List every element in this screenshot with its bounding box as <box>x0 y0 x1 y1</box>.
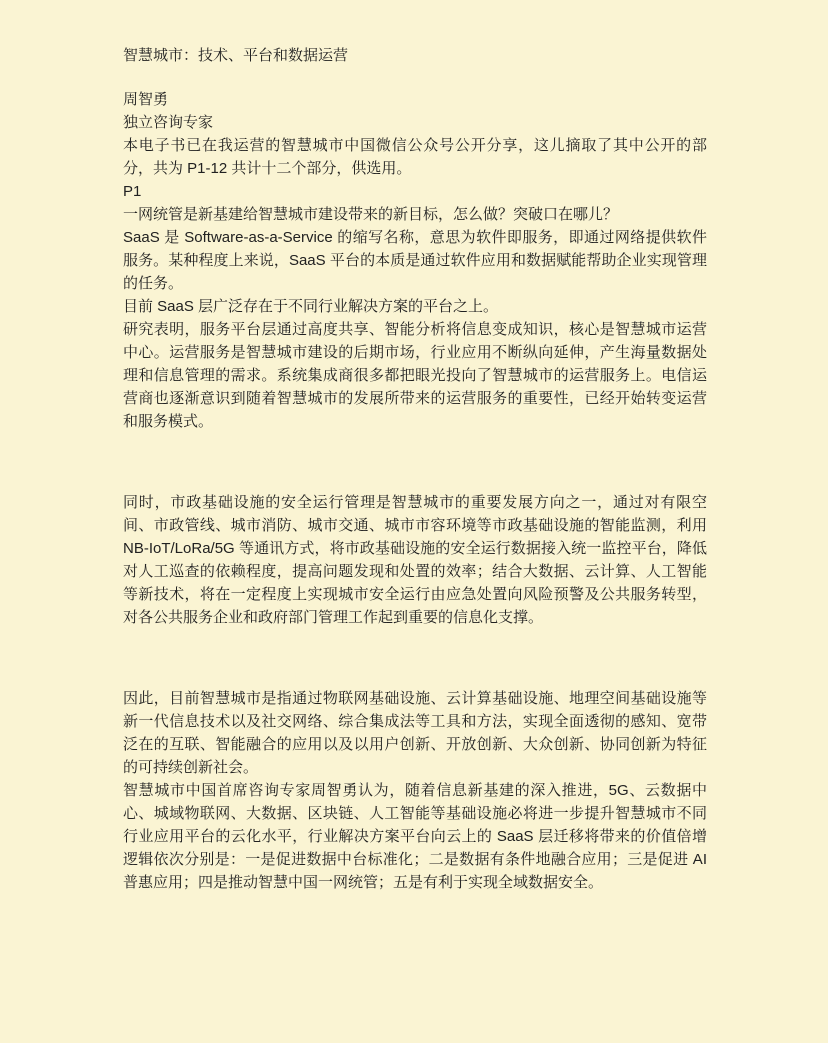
author-name: 周智勇 <box>123 88 707 111</box>
section-label: P1 <box>123 180 707 203</box>
paragraph-question: 一网统管是新基建给智慧城市建设带来的新目标，怎么做？突破口在哪儿？ <box>123 203 707 226</box>
author-block: 周智勇 独立咨询专家 <box>123 88 707 134</box>
paragraph-saas-layer: 目前 SaaS 层广泛存在于不同行业解决方案的平台之上。 <box>123 295 707 318</box>
page-background: { "page": { "background_color": "#FAF4D3… <box>0 0 828 1043</box>
document-page: 智慧城市：技术、平台和数据运营 周智勇 独立咨询专家 本电子书已在我运营的智慧城… <box>0 0 828 1043</box>
paragraph-municipal-infrastructure: 同时，市政基础设施的安全运行管理是智慧城市的重要发展方向之一，通过对有限空间、市… <box>123 491 707 629</box>
paragraph-research: 研究表明，服务平台层通过高度共享、智能分析将信息变成知识，核心是智慧城市运营中心… <box>123 318 707 433</box>
document-title: 智慧城市：技术、平台和数据运营 <box>123 44 707 67</box>
intro-paragraph: 本电子书已在我运营的智慧城市中国微信公众号公开分享，这儿摘取了其中公开的部分，共… <box>123 134 707 180</box>
paragraph-expert-opinion: 智慧城市中国首席咨询专家周智勇认为，随着信息新基建的深入推进，5G、云数据中心、… <box>123 779 707 894</box>
paragraph-smart-city-definition: 因此，目前智慧城市是指通过物联网基础设施、云计算基础设施、地理空间基础设施等新一… <box>123 687 707 779</box>
author-role: 独立咨询专家 <box>123 111 707 134</box>
paragraph-saas-definition: SaaS 是 Software-as-a-Service 的缩写名称，意思为软件… <box>123 226 707 295</box>
